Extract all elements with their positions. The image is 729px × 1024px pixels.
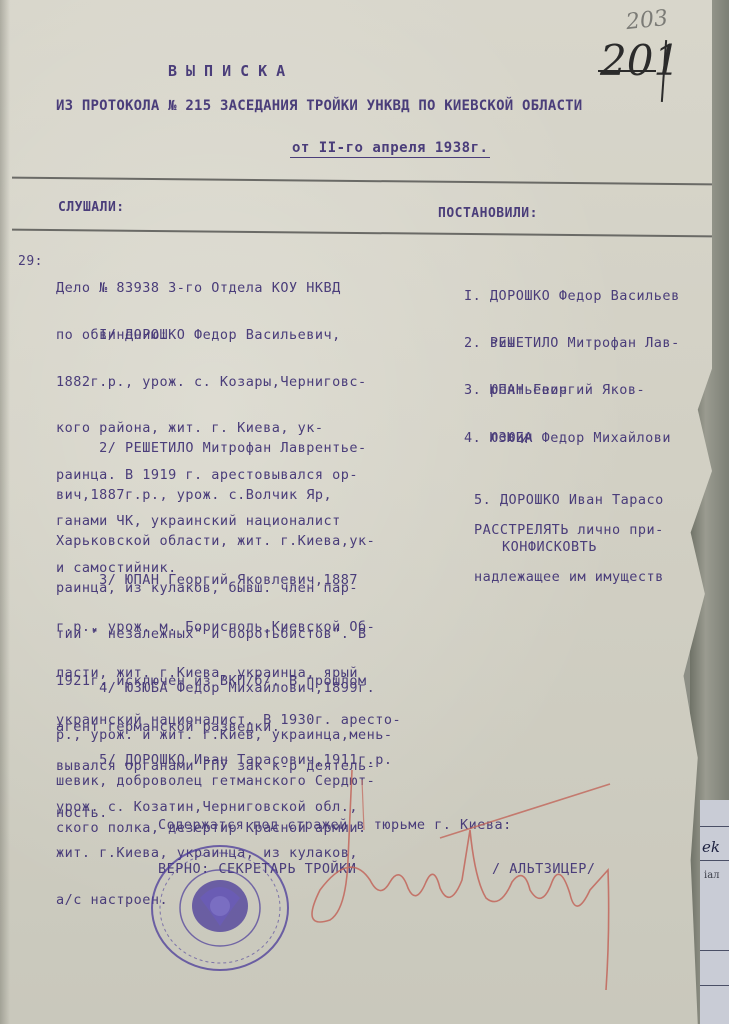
decision-line: 2. РЕШЕТИЛО Митрофан Лав- (464, 336, 680, 352)
document-date: от II-го апреля 1938г. (290, 140, 490, 158)
header-divider-bottom (12, 229, 712, 237)
entry-line: 1882г.р., урож. с. Козары,Черниговс- (56, 375, 367, 391)
case-item-number: 29: (18, 254, 43, 269)
document-title: ВЫПИСКА (168, 62, 294, 80)
decision-line: I. ДОРОШКО Федор Васильев (464, 289, 680, 305)
entry-line: 5/ ДОРОШКО Иван Тарасович,1911г.р. (56, 753, 392, 769)
form-rule (700, 950, 729, 951)
official-seal-stamp (148, 836, 298, 976)
decision-line: 3. ЮПАН Георгий Яков- (464, 383, 645, 399)
verdict-line: надлежащее им имуществ (474, 570, 664, 586)
entry-line: I/ ДОРОШКО Федор Васильевич, (56, 328, 367, 344)
form-printed-text: iал (704, 870, 720, 881)
header-divider-top (12, 177, 712, 185)
folio-number-new: 201 (600, 36, 680, 85)
column-header-heard: СЛУШАЛИ: (58, 200, 125, 215)
entry-line: г.р., урож. м. Борисполь,Киевской Об- (56, 620, 401, 636)
form-rule (700, 826, 729, 827)
form-rule (700, 860, 729, 861)
page-edge-shadow (0, 0, 10, 1024)
entry-line: вич,1887г.р., урож. с.Волчик Яр, (56, 488, 375, 504)
folio-number-old: 203 (625, 6, 669, 35)
document-page: 203 201 ВЫПИСКА ИЗ ПРОТОКОЛА № 215 ЗАСЕД… (0, 0, 712, 1024)
form-handwriting: ek (702, 838, 720, 856)
underlying-form-sheet: ek iал (700, 800, 729, 1024)
document-subtitle: ИЗ ПРОТОКОЛА № 215 ЗАСЕДАНИЯ ТРОЙКИ УНКВ… (56, 98, 582, 114)
signature-scribble (290, 770, 630, 1000)
form-rule (700, 985, 729, 986)
entry-line: 4/ ЮЗЮБА Федор Михайлович,1899г. (56, 681, 392, 697)
case-header-line: Дело № 83938 3-го Отдела КОУ НКВД (56, 281, 341, 297)
column-header-resolved: ПОСТАНОВИЛИ: (438, 206, 538, 221)
decision-conjunction: и (520, 432, 529, 448)
confiscation-note: КОНФИСКОВТЬ (502, 540, 597, 556)
entry-line: 2/ РЕШЕТИЛО Митрофан Лаврентье- (56, 441, 375, 457)
folio-strikethrough (598, 70, 656, 72)
entry-line: 3/ ЮПАН Георгий Яковлевич,1887 (56, 573, 401, 589)
verdict-line: РАССТРЕЛЯТЬ лично при- (474, 523, 664, 539)
decision-line: 4. ЮЗЮБА Федор Михайлови (464, 431, 671, 447)
